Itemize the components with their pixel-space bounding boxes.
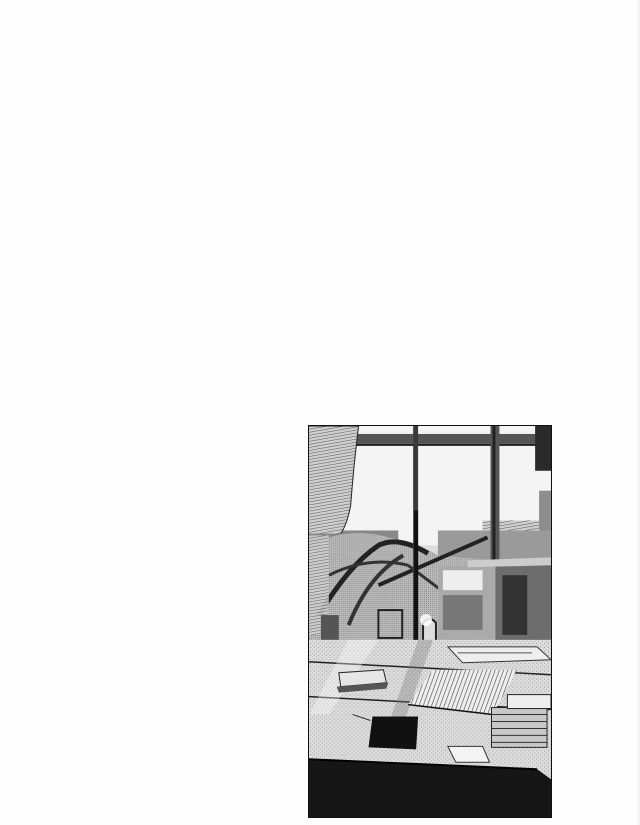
manga-page [0,0,640,825]
illustration-panel [308,425,552,818]
page-edge [636,0,640,825]
classroom-illustration [309,426,551,817]
